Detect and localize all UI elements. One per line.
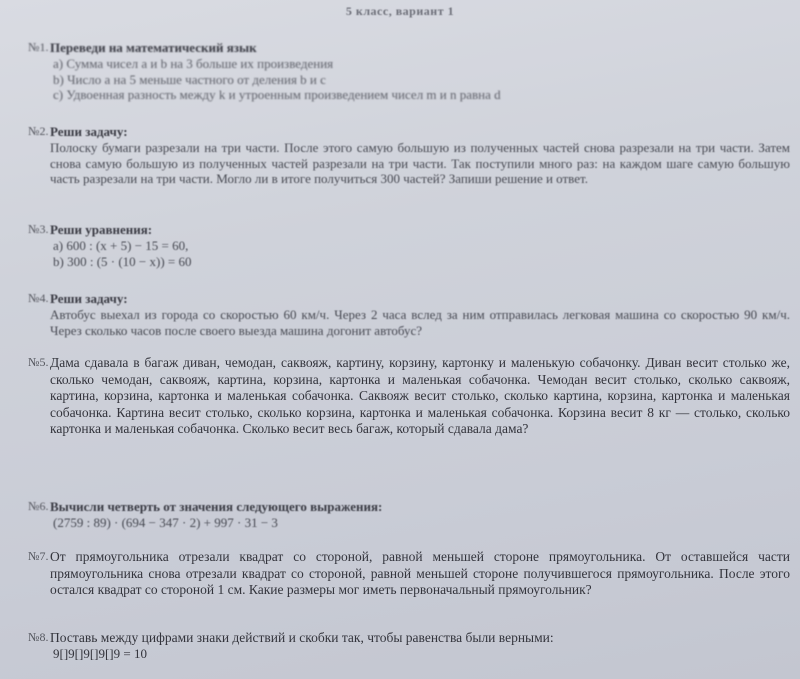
task-4: №4. Реши задачу: Автобус выехал из город… bbox=[28, 291, 790, 338]
task-number: №3. bbox=[28, 222, 50, 237]
task-3: №3. Реши уравнения: a) 600 : (x + 5) − 1… bbox=[28, 222, 790, 269]
task-text: От прямоугольника отрезали квадрат со ст… bbox=[50, 549, 790, 599]
task-number: №7. bbox=[28, 549, 50, 564]
sheet-header: 5 класс, вариант 1 bbox=[0, 4, 800, 19]
task-text: Поставь между цифрами знаки действий и с… bbox=[50, 630, 790, 646]
equation: a) 600 : (x + 5) − 15 = 60, bbox=[53, 238, 790, 254]
task-number: №1. bbox=[28, 40, 50, 55]
task-item: b) Число a на 5 меньше частного от делен… bbox=[53, 72, 790, 88]
expression: 9[]9[]9[]9[]9 = 10 bbox=[53, 646, 790, 662]
task-6: №6. Вычисли четверть от значения следующ… bbox=[28, 499, 790, 531]
task-title: Реши уравнения: bbox=[50, 222, 790, 238]
task-5: №5. Дама сдавала в багаж диван, чемодан,… bbox=[28, 355, 790, 438]
task-text: Дама сдавала в багаж диван, чемодан, сак… bbox=[50, 355, 790, 438]
equation: b) 300 : (5 · (10 − x)) = 60 bbox=[53, 254, 790, 270]
task-number: №6. bbox=[28, 499, 50, 514]
task-item: c) Удвоенная разность между k и утроенны… bbox=[53, 87, 790, 103]
expression: (2759 : 89) · (694 − 347 · 2) + 997 · 31… bbox=[53, 515, 790, 531]
task-text: Полоску бумаги разрезали на три части. П… bbox=[50, 140, 790, 187]
task-8: №8. Поставь между цифрами знаки действий… bbox=[28, 630, 790, 662]
task-title: Переведи на математический язык bbox=[50, 40, 790, 56]
task-1: №1. Переведи на математический язык a) С… bbox=[28, 40, 790, 103]
task-number: №5. bbox=[28, 355, 50, 370]
task-text: Автобус выехал из города со скоростью 60… bbox=[50, 307, 790, 338]
task-item: a) Сумма чисел a и b на 3 больше их прои… bbox=[53, 56, 790, 72]
task-title: Реши задачу: bbox=[50, 291, 790, 307]
task-title: Реши задачу: bbox=[50, 124, 790, 140]
task-number: №2. bbox=[28, 124, 50, 139]
task-number: №4. bbox=[28, 291, 50, 306]
task-7: №7. От прямоугольника отрезали квадрат с… bbox=[28, 549, 790, 599]
test-sheet: 5 класс, вариант 1 №1. Переведи на матем… bbox=[0, 0, 800, 679]
task-number: №8. bbox=[28, 630, 50, 645]
task-title: Вычисли четверть от значения следующего … bbox=[50, 499, 790, 515]
task-2: №2. Реши задачу: Полоску бумаги разрезал… bbox=[28, 124, 790, 187]
